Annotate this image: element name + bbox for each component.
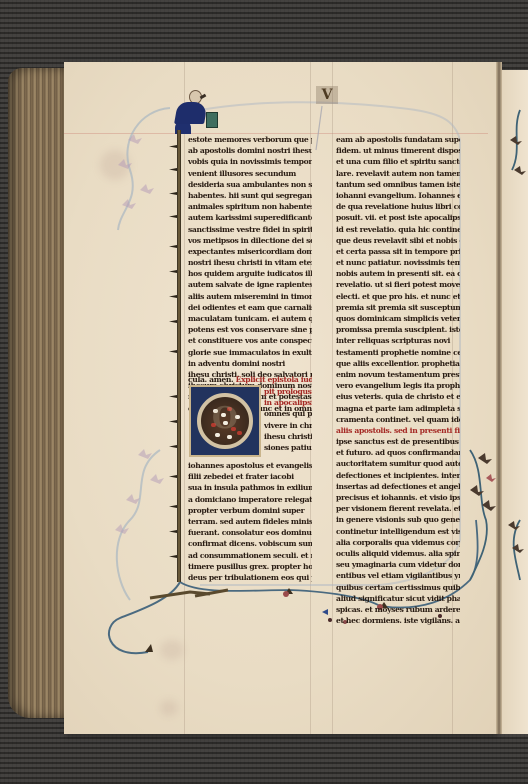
marginal-figure-drinking [176,90,216,132]
rubric-heading: in apocalipsim [264,397,312,408]
facing-leaf [502,70,528,734]
text-line: electi. et que pro his. et nunc et in fu… [336,291,460,302]
text-line: premia sit premia sit susceptum vel [336,302,460,313]
text-line: cramenta continet. vel quam ideo est [336,414,460,425]
text-line: in adventu domini nostri [188,358,312,369]
text-line: animales spiritum non habentes. vos [188,201,312,212]
text-line: deus per tribulationem eos qui passuri e… [188,572,312,583]
text-line: ab apostolis domini nostri ihesu christi… [188,145,312,156]
text-line: nostri ihesu christi in vitam eternam. e… [188,257,312,268]
stain [160,640,184,660]
text-line: lare. revelavit autem non tamen [336,168,460,179]
text-line: siones patiuntur [264,442,312,453]
text-column-left-lower: iohannes apostolus et evangelista filii … [188,460,312,583]
text-line: auctoritatem sumitur quod autem [336,458,460,469]
text-line: terram. sed autem fideles minister [188,516,312,527]
rubric-heading: Explicit epistola iude. Inci [236,375,312,384]
text-line: quibus certam certissimus quibus aliquid [336,582,460,593]
text-line: per visionem fierent revelata. et sic [336,503,460,514]
text-line: et futuro. ad quos confirmandam [336,447,460,458]
figure-blue-robe [174,102,208,124]
text-line: magna et parte iam adimpleta sa [336,403,460,414]
text-line: confirmat dicens. vobiscum sum usque [188,538,312,549]
text-line: et certa passa sit in tempore primitiva [336,246,460,257]
ruling-line [184,62,185,734]
text-line: que aliis excellentior. prophetia sunt [336,358,460,369]
bar-border [177,130,181,582]
text-line: testamenti prophetie nomine censetur [336,347,460,358]
text-line: alia corporalis qua videmus corporalia [336,537,460,548]
fore-edge-page-block [8,68,64,718]
text-line: estote memores verborum que predicta sun… [188,134,312,145]
text-line: entibus vel etiam vigilantibus ymagines [336,570,460,581]
historiated-initial-o: O [189,385,261,457]
text-line: vivere in christo [264,420,312,431]
text-line: maculatam tunicam. ei autem qui [188,313,312,324]
text-line: fuerant. consolatur eos dominus atque [188,527,312,538]
text-line: sua in insula pathmos in exilium [188,482,312,493]
text-line: eius veteris. quia de christo et ecclesi… [336,391,460,402]
text-line: desideria sua ambulantes non spiritum [188,179,312,190]
text-line: autem karissimi superedificantes vosmeti… [188,212,312,223]
text-line: glorie sue immaculatos in exultatione [188,347,312,358]
figure-green-box [206,112,218,128]
text-line: tantum sed omnibus tamen iste apostolo [336,179,460,190]
text-line: posuit. vii. et post iste apocalipsis di… [336,212,460,223]
text-line: promissa premia suscipient. iste liber [336,324,460,335]
text-line: ad consummationem seculi. et nolite [188,550,312,561]
text-line: ihesu christi pas [264,431,312,442]
text-line: venient illusores secundum [188,168,312,179]
text-line: iohannes apostolus et evangelista [188,460,312,471]
text-line: omnes qui pie volunt [264,408,312,419]
ruling-line [332,62,333,734]
text-line: propter verbum domini super [188,505,312,516]
text-line: potens est vos conservare sine peccato [188,324,312,335]
text-line: vobis quia in novissimis temporibus [188,156,312,167]
text-line: oculis aliquid videmus. alia spiritualis [336,548,460,559]
text-line-rubricated: aliis apostolis. sed in presenti fiunt [336,425,460,436]
stain [160,700,178,716]
text-line: timere pusillus grex. propter hoc [188,561,312,572]
text-line: enim novum testamentum prestant [336,369,460,380]
text-line: et constituere vos ante conspectum [188,335,312,346]
text-line: dei odientes et eam que carnalis est [188,302,312,313]
stain [100,150,130,180]
text-line: et una cum filio et spiritu sancto eius … [336,156,460,167]
text-line: in genere visionis sub quo genere [336,514,460,525]
text-line: continetur intelligendum est visio tripl… [336,526,460,537]
text-line: et hec dormiens. iste vigilans. aliam [336,615,460,626]
text-line: filii zebedei et frater iacobi [188,471,312,482]
text-line: eam ab apostolis fundatam super petram i… [336,134,460,145]
text-line: inter reliquas scripturas novi [336,335,460,346]
text-column-right: eam ab apostolis fundatam super petram i… [336,134,460,626]
text-line: vero evangelium legis ita prophetia. pro [336,380,460,391]
text-line: seu ymaginaria cum videtur dormi [336,559,460,570]
text-line: hos quidem arguite iudicatos illos [188,268,312,279]
text-line: aliud significatur sicut vidit pharao [336,593,460,604]
text-line: ipse sanctus est de presentibus et post [336,436,460,447]
text-line: que deus revelavit sibi et nobis esse qu… [336,235,460,246]
text-line: revelatio. ut si fieri potest moveantur [336,279,460,290]
text-column-left: estote memores verborum que predicta sun… [188,134,312,414]
text-line: spicas. et moyses rubum ardere. [336,604,460,615]
text-line: habentes. hii sunt qui segregant semetip… [188,190,312,201]
text-line: precisus et iohannis. et visio ipsius [336,492,460,503]
text-line: sanctissime vestre fidei in spiritu sanc… [188,224,312,235]
text-line: nobis autem in presenti sit. ea cuius [336,268,460,279]
text-line: iohanni evangelium. Iohannes ecclesie [336,190,460,201]
text-line: expectantes misericordiam domini [188,246,312,257]
text-line: de qua revelatione huius libri composuit [336,201,460,212]
text-beside-initial: pit prologus in apocalipsim omnes qui pi… [264,386,312,453]
text-line: aliis autem miseremini in timore [188,291,312,302]
text-line: vos metipsos in dilectione dei servate [188,235,312,246]
text-line-rubric-start: cula. amen. Explicit epistola iude. Inci [188,374,312,385]
initial-letter: O [191,401,259,436]
rubric-heading: pit prologus [264,386,312,397]
text-line: fidem. ut minus timerent dispositi [336,145,460,156]
text-line: et nunc patiatur. novissimis temporibus [336,257,460,268]
text-line: autem salvate de igne rapientes. [188,279,312,290]
text-line: quos dominicam simplicis veterem [336,313,460,324]
text-line: id est revelatio. quia hic continentur [336,224,460,235]
text-line: a domiciano imperatore relegatus [188,494,312,505]
text-line-end: cula. amen. [188,375,233,384]
text-line: insertas ad defectiones et angeli adduc [336,481,460,492]
penwork-flourish-letter: V [316,86,338,104]
text-line: defectiones et incipientes. inter eos [336,470,460,481]
